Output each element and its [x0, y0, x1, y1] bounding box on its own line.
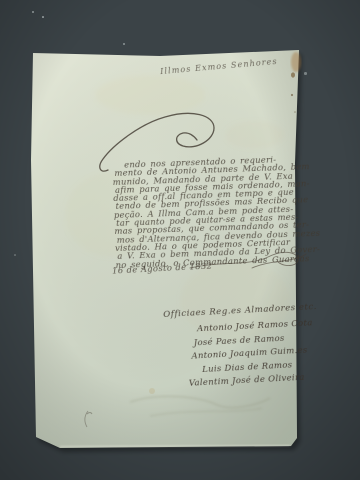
- dust-speck: [304, 72, 307, 75]
- signature-block: Officiaes Reg.es Almadores etc. Antonio …: [163, 302, 317, 393]
- manuscript-body: endo nos apresentado o requeri-mento de …: [112, 154, 308, 268]
- dust-speck: [123, 43, 125, 45]
- signature-list: Antonio José Ramos CotaJosé Paes de Ramo…: [164, 317, 317, 393]
- dust-speck: [42, 16, 44, 18]
- photo-backdrop: Illmos Exmos Senhores endo nos apresenta…: [0, 0, 360, 480]
- small-stain: [149, 388, 155, 394]
- dust-speck: [14, 254, 16, 256]
- dust-speck: [32, 11, 34, 13]
